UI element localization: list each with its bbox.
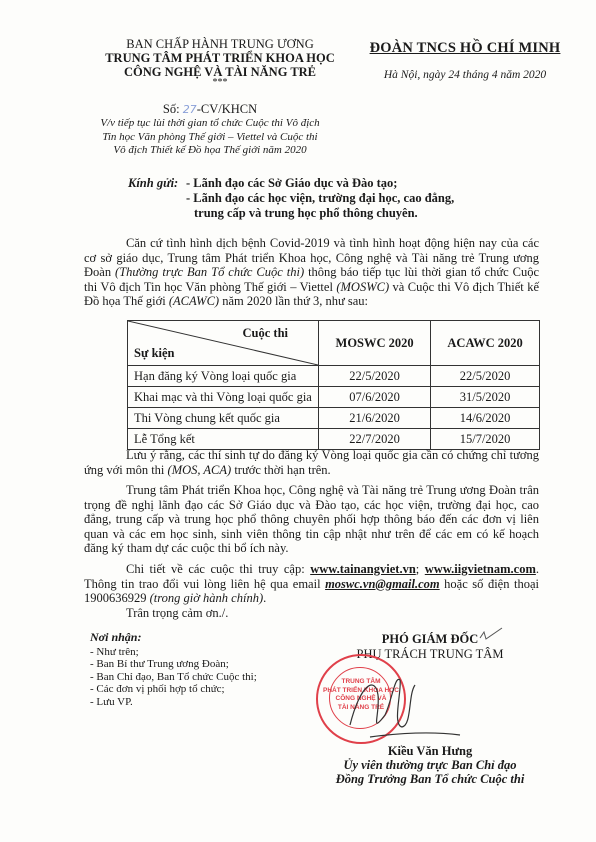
details-text: Chi tiết về các cuộc thi truy cập: (126, 562, 310, 576)
document-number-handwritten: 27 (183, 103, 197, 116)
schedule-table: Cuộc thi Sự kiện MOSWC 2020 ACAWC 2020 H… (127, 320, 540, 450)
table-header-row: Cuộc thi Sự kiện MOSWC 2020 ACAWC 2020 (128, 321, 540, 366)
issuer-name-line1: TRUNG TÂM PHÁT TRIỂN KHOA HỌC (90, 51, 350, 65)
distribution-item: - Các đơn vị phối hợp tổ chức; (90, 683, 257, 696)
handwritten-signature-icon (330, 655, 470, 745)
table-row: Thi Vòng chung kết quốc gia 21/6/2020 14… (128, 408, 540, 429)
distribution-list: Nơi nhận: - Như trên; - Ban Bí thư Trung… (90, 631, 257, 708)
table-row: Lễ Tổng kết 22/7/2020 15/7/2020 (128, 429, 540, 450)
contact-text: . (263, 591, 266, 605)
table-corner-cell: Cuộc thi Sự kiện (128, 321, 319, 366)
org-header: ĐOÀN TNCS HỒ CHÍ MINH Hà Nội, ngày 24 th… (350, 40, 580, 81)
document-number-suffix: -CV/KHCN (197, 102, 257, 116)
note-paragraph: Lưu ý rằng, các thí sinh tự do đăng ký V… (84, 448, 539, 477)
column-header: ACAWC 2020 (431, 321, 540, 366)
request-text: Trung tâm Phát triển Khoa học, Công nghệ… (84, 483, 539, 555)
acawc-date: 31/5/2020 (431, 387, 540, 408)
org-name: ĐOÀN TNCS HỒ CHÍ MINH (350, 40, 580, 57)
request-paragraph: Trung tâm Phát triển Khoa học, Công nghệ… (84, 483, 539, 556)
intro-italic: (MOSWC) (336, 280, 389, 294)
signer-role: Đồng Trưởng Ban Tổ chức Cuộc thi (300, 772, 560, 786)
acawc-date: 22/5/2020 (431, 366, 540, 387)
signer: Kiều Văn Hưng Ủy viên thường trực Ban Ch… (300, 744, 560, 786)
acawc-date: 15/7/2020 (431, 429, 540, 450)
recipient-item: - Lãnh đạo các Sở Giáo dục và Đào tạo; (186, 176, 516, 191)
moswc-date: 21/6/2020 (319, 408, 431, 429)
subject-line: Vô địch Thiết kế Đồ họa Thế giới năm 202… (60, 144, 360, 158)
event-cell: Thi Vòng chung kết quốc gia (128, 408, 319, 429)
note-italic: (MOS, ACA) (168, 463, 232, 477)
distribution-title: Nơi nhận: (90, 631, 257, 644)
intro-italic: (Thường trực Ban Tổ chức Cuộc thi) (115, 265, 304, 279)
iigvietnam-link[interactable]: www.iigvietnam.com (425, 562, 536, 576)
issuer-header: BAN CHẤP HÀNH TRUNG ƯƠNG TRUNG TÂM PHÁT … (90, 37, 350, 87)
closing-text: Trân trọng cảm ơn./. (126, 606, 228, 620)
subject: V/v tiếp tục lùi thời gian tổ chức Cuộc … (60, 117, 360, 158)
recipients-label: Kính gửi: (128, 176, 178, 191)
moswc-date: 22/5/2020 (319, 366, 431, 387)
distribution-item: - Ban Bí thư Trung ương Đoàn; (90, 658, 257, 671)
event-cell: Lễ Tổng kết (128, 429, 319, 450)
contact-italic: (trong giờ hành chính) (150, 591, 264, 605)
intro-italic: (ACAWC) (169, 294, 219, 308)
details-text: . (536, 562, 539, 576)
signer-role: Ủy viên thường trực Ban Chỉ đạo (300, 758, 560, 772)
acawc-date: 14/6/2020 (431, 408, 540, 429)
moswc-date: 22/7/2020 (319, 429, 431, 450)
recipient-item: trung cấp và trung học phổ thông chuyên. (186, 206, 516, 221)
email-link[interactable]: moswc.vn@gmail.com (325, 577, 440, 591)
recipient-item: - Lãnh đạo các học viện, trường đại học,… (186, 191, 516, 206)
contact-text: Thông tin trao đổi vui lòng liên hệ qua … (84, 577, 325, 591)
note-text: trước thời hạn trên. (231, 463, 330, 477)
event-cell: Khai mạc và thi Vòng loại quốc gia (128, 387, 319, 408)
document-date: Hà Nội, ngày 24 tháng 4 năm 2020 (350, 69, 580, 81)
event-cell: Hạn đăng ký Vòng loại quốc gia (128, 366, 319, 387)
link-separator: ; (416, 562, 425, 576)
distribution-item: - Ban Chỉ đạo, Ban Tổ chức Cuộc thi; (90, 671, 257, 684)
distribution-item: - Như trên; (90, 646, 257, 659)
table-row: Khai mạc và thi Vòng loại quốc gia 07/6/… (128, 387, 540, 408)
closing: Trân trọng cảm ơn./. (84, 606, 539, 621)
document-number: Số: 27-CV/KHCN (60, 102, 360, 117)
column-header: MOSWC 2020 (319, 321, 431, 366)
tainangviet-link[interactable]: www.tainangviet.vn (310, 562, 416, 576)
corner-top-label: Cuộc thi (243, 326, 289, 341)
intro-text: năm 2020 lần thứ 3, như sau: (219, 294, 368, 308)
moswc-date: 07/6/2020 (319, 387, 431, 408)
corner-bottom-label: Sự kiện (134, 346, 175, 361)
intro-paragraph: Căn cứ tình hình dịch bệnh Covid-2019 và… (84, 236, 539, 309)
header-stars: *** (90, 79, 350, 87)
document-number-label: Số: (163, 102, 180, 116)
distribution-item: - Lưu VP. (90, 696, 257, 709)
subject-line: V/v tiếp tục lùi thời gian tổ chức Cuộc … (60, 117, 360, 131)
subject-line: Tin học Văn phòng Thế giới – Viettel và … (60, 131, 360, 145)
signer-name: Kiều Văn Hưng (300, 744, 560, 758)
initial-mark-icon (478, 626, 504, 642)
signer-position: PHÓ GIÁM ĐỐC (320, 632, 540, 647)
table-row: Hạn đăng ký Vòng loại quốc gia 22/5/2020… (128, 366, 540, 387)
issuer-parent-org: BAN CHẤP HÀNH TRUNG ƯƠNG (90, 37, 350, 51)
details-paragraph: Chi tiết về các cuộc thi truy cập: www.t… (84, 562, 539, 606)
